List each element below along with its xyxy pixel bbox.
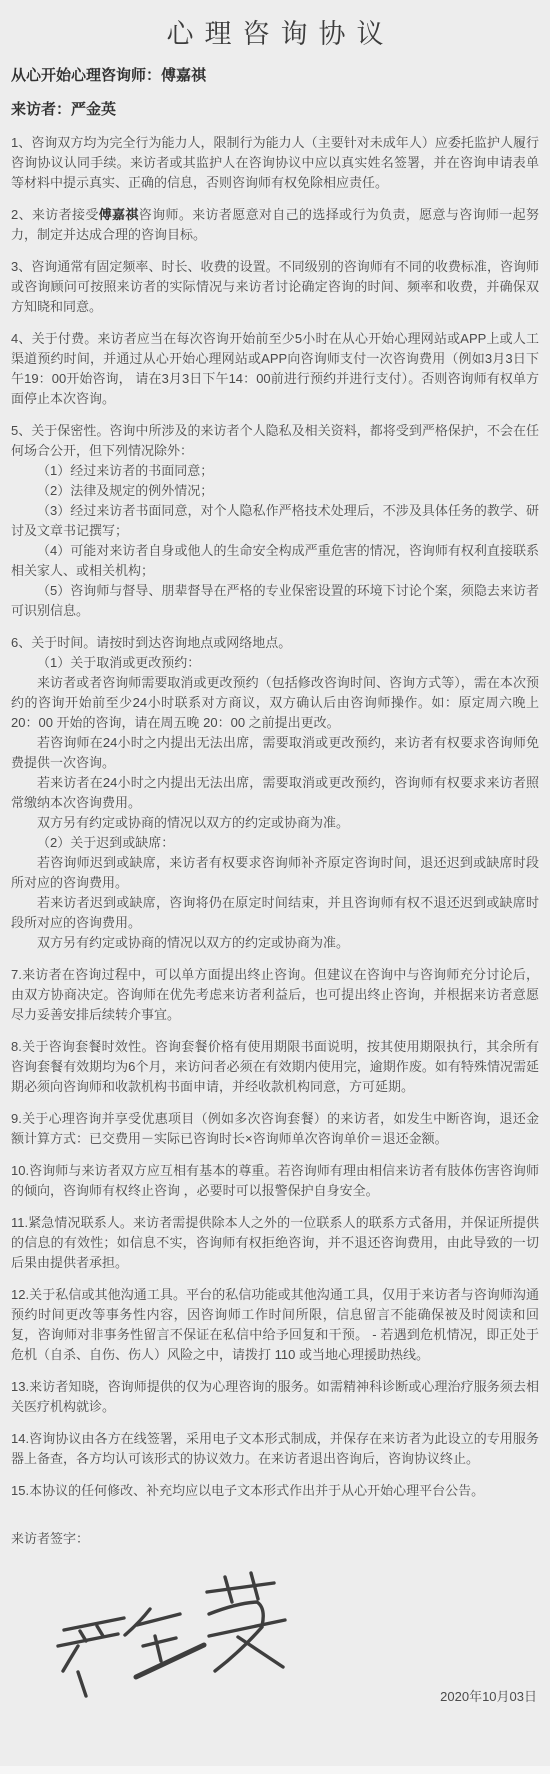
clause-5-item-5: （5）咨询师与督导、朋辈督导在严格的专业保密设置的环境下讨论个案，须隐去来访者可… (11, 581, 539, 621)
clause-11: 11.紧急情况联系人。来访者需提供除本人之外的一位联系人的联系方式备用，并保证所… (11, 1213, 539, 1273)
sig-stroke (207, 1583, 274, 1592)
clause-5-item-1: （1）经过来访者的书面同意； (11, 461, 539, 481)
clause-1: 1、咨询双方均为完全行为能力人，限制行为能力人（主要针对未成年人）应委托监护人履… (11, 133, 539, 193)
clause-6-line-7: 若咨询师迟到或缺席，来访者有权要求咨询师补齐原定咨询时间，退还迟到或缺席时段所对… (11, 853, 539, 893)
clause-6-line-2: 来访者或者咨询师需要取消或更改预约（包括修改咨询时间、咨询方式等），需在本次预约… (11, 673, 539, 733)
sig-stroke (78, 1672, 86, 1696)
clause-6: 6、关于时间。请按时到达咨询地点或网络地点。 （1）关于取消或更改预约： 来访者… (11, 633, 539, 953)
clause-10: 10.咨询师与来访者双方应互相有基本的尊重。若咨询师有理由相信来访者有肢体伤害咨… (11, 1161, 539, 1201)
sig-stroke (97, 1626, 103, 1636)
sig-stroke (143, 1638, 176, 1646)
agreement-document: 心理咨询协议 从心开始心理咨询师：傅嘉祺 来访者：严金英 1、咨询双方均为完全行… (0, 0, 550, 1774)
sig-stroke (155, 1636, 161, 1661)
clause-6-line-6: （2）关于迟到或缺席： (11, 833, 539, 853)
clause-4: 4、关于付费。来访者应当在每次咨询开始前至少5小时在从心开始心理网站或APP上或… (11, 329, 539, 409)
clause-6-line-8: 若来访者迟到或缺席，咨询将仍在原定时间结束，并且咨询师有权不退还迟到或缺席时段所… (11, 893, 539, 933)
clause-15: 15.本协议的任何修改、补充均应以电子文本形式作出并于从心开始心理平台公告。 (11, 1481, 539, 1501)
clause-5-item-3: （3）经过来访者书面同意，对个人隐私作严格技术处理后，不涉及具体任务的教学、研讨… (11, 501, 539, 541)
clause-5-item-2: （2）法律及规定的例外情况； (11, 481, 539, 501)
clause-12: 12.关于私信或其他沟通工具。平台的私信功能或其他沟通工具，仅用于来访者与咨询师… (11, 1285, 539, 1365)
signature-label: 来访者签字： (11, 1529, 539, 1549)
clause-6-line-3: 若咨询师在24小时之内提出无法出席，需要取消或更改预约，来访者有权要求咨询师免费… (11, 733, 539, 773)
clause-8: 8.关于咨询套餐时效性。咨询套餐价格有使用期限书面说明，按其使用期限执行，其余所… (11, 1037, 539, 1097)
sig-stroke (238, 1637, 283, 1667)
clause-5-item-4: （4）可能对来访者自身或他人的生命安全构成严重危害的情况，咨询师有权利直接联系相… (11, 541, 539, 581)
document-title: 心理咨询协议 (11, 12, 539, 51)
clause-6-intro: 6、关于时间。请按时到达咨询地点或网络地点。 (11, 633, 539, 653)
clause-3: 3、咨询通常有固定频率、时长、收费的设置。不同级别的咨询师有不同的收费标准，咨询… (11, 257, 539, 317)
counselor-name-bold: 傅嘉祺 (99, 207, 139, 222)
clause-9: 9.关于心理咨询并享受优惠项目（例如多次咨询套餐）的来访者，如发生中断咨询，退还… (11, 1109, 539, 1149)
bottom-edge-strip (0, 1766, 550, 1774)
clause-14: 14.咨询协议由各方在线签署，采用电子文本形式制成，并保存在来访者为此设立的专用… (11, 1429, 539, 1469)
visitor-line: 来访者：严金英 (11, 99, 539, 121)
clause-6-line-9: 双方另有约定或协商的情况以双方的约定或协商为准。 (11, 933, 539, 953)
clause-2-prefix: 2、来访者接受 (11, 207, 99, 222)
clause-13: 13.来访者知晓，咨询师提供的仅为心理咨询的服务。如需精神科诊断或心理治疗服务须… (11, 1377, 539, 1417)
clause-7: 7.来访者在咨询过程中，可以单方面提出终止咨询。但建议在咨询中与咨询师充分讨论后… (11, 965, 539, 1025)
sig-stroke (58, 1634, 118, 1646)
clause-6-line-5: 双方另有约定或协商的情况以双方的约定或协商为准。 (11, 813, 539, 833)
clause-6-line-4: 若来访者在24小时之内提出无法出席，需要取消或更改预约，咨询师有权要求来访者照常… (11, 773, 539, 813)
visitor-signature-svg (39, 1557, 301, 1717)
clause-2: 2、来访者接受傅嘉祺咨询师。来访者愿意对自己的选择或行为负责，愿意与咨询师一起努… (11, 205, 539, 245)
document-date: 2020年10月03日 (440, 1686, 537, 1705)
sig-stroke (209, 1602, 263, 1626)
sig-stroke (209, 1620, 285, 1636)
sig-stroke (64, 1618, 124, 1630)
counselor-line: 从心开始心理咨询师：傅嘉祺 (11, 65, 539, 87)
sig-stroke (136, 1645, 204, 1677)
sig-stroke (63, 1646, 78, 1671)
clause-5-intro: 5、关于保密性。咨询中所涉及的来访者个人隐私及相关资料，都将受到严格保护，不会在… (11, 421, 539, 461)
clause-5: 5、关于保密性。咨询中所涉及的来访者个人隐私及相关资料，都将受到严格保护，不会在… (11, 421, 539, 621)
clause-6-line-1: （1）关于取消或更改预约： (11, 653, 539, 673)
